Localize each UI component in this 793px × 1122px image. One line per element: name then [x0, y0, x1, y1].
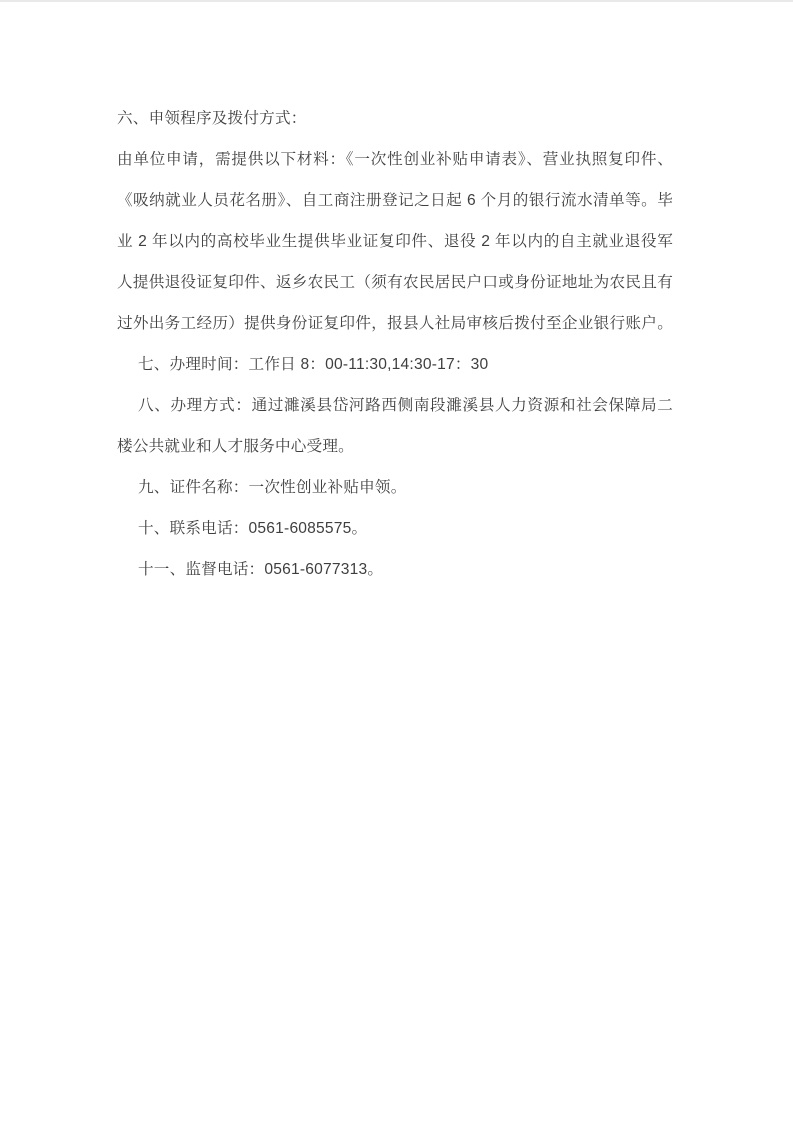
- document-line: 由单位申请，需提供以下材料：《一次性创业补贴申请表》、营业执照复印件、: [117, 139, 673, 180]
- document-line: 九、证件名称：一次性创业补贴申领。: [117, 467, 673, 508]
- document-line: 人提供退役证复印件、返乡农民工（须有农民居民户口或身份证地址为农民且有: [117, 262, 673, 303]
- document-line: 八、办理方式：通过濉溪县岱河路西侧南段濉溪县人力资源和社会保障局二: [117, 385, 673, 426]
- document-line: 业 2 年以内的高校毕业生提供毕业证复印件、退役 2 年以内的自主就业退役军: [117, 221, 673, 262]
- document-body: 六、申领程序及拨付方式：由单位申请，需提供以下材料：《一次性创业补贴申请表》、营…: [117, 98, 673, 590]
- document-line: 十一、监督电话：0561-6077313。: [117, 549, 673, 590]
- document-line: 过外出务工经历）提供身份证复印件，报县人社局审核后拨付至企业银行账户。: [117, 303, 673, 344]
- document-line: 《吸纳就业人员花名册》、自工商注册登记之日起 6 个月的银行流水清单等。毕: [117, 180, 673, 221]
- document-line: 六、申领程序及拨付方式：: [117, 98, 673, 139]
- document-line: 十、联系电话：0561-6085575。: [117, 508, 673, 549]
- page: 六、申领程序及拨付方式：由单位申请，需提供以下材料：《一次性创业补贴申请表》、营…: [0, 0, 793, 1122]
- document-line: 七、办理时间：工作日 8：00-11:30,14:30-17：30: [117, 344, 673, 385]
- document-line: 楼公共就业和人才服务中心受理。: [117, 426, 673, 467]
